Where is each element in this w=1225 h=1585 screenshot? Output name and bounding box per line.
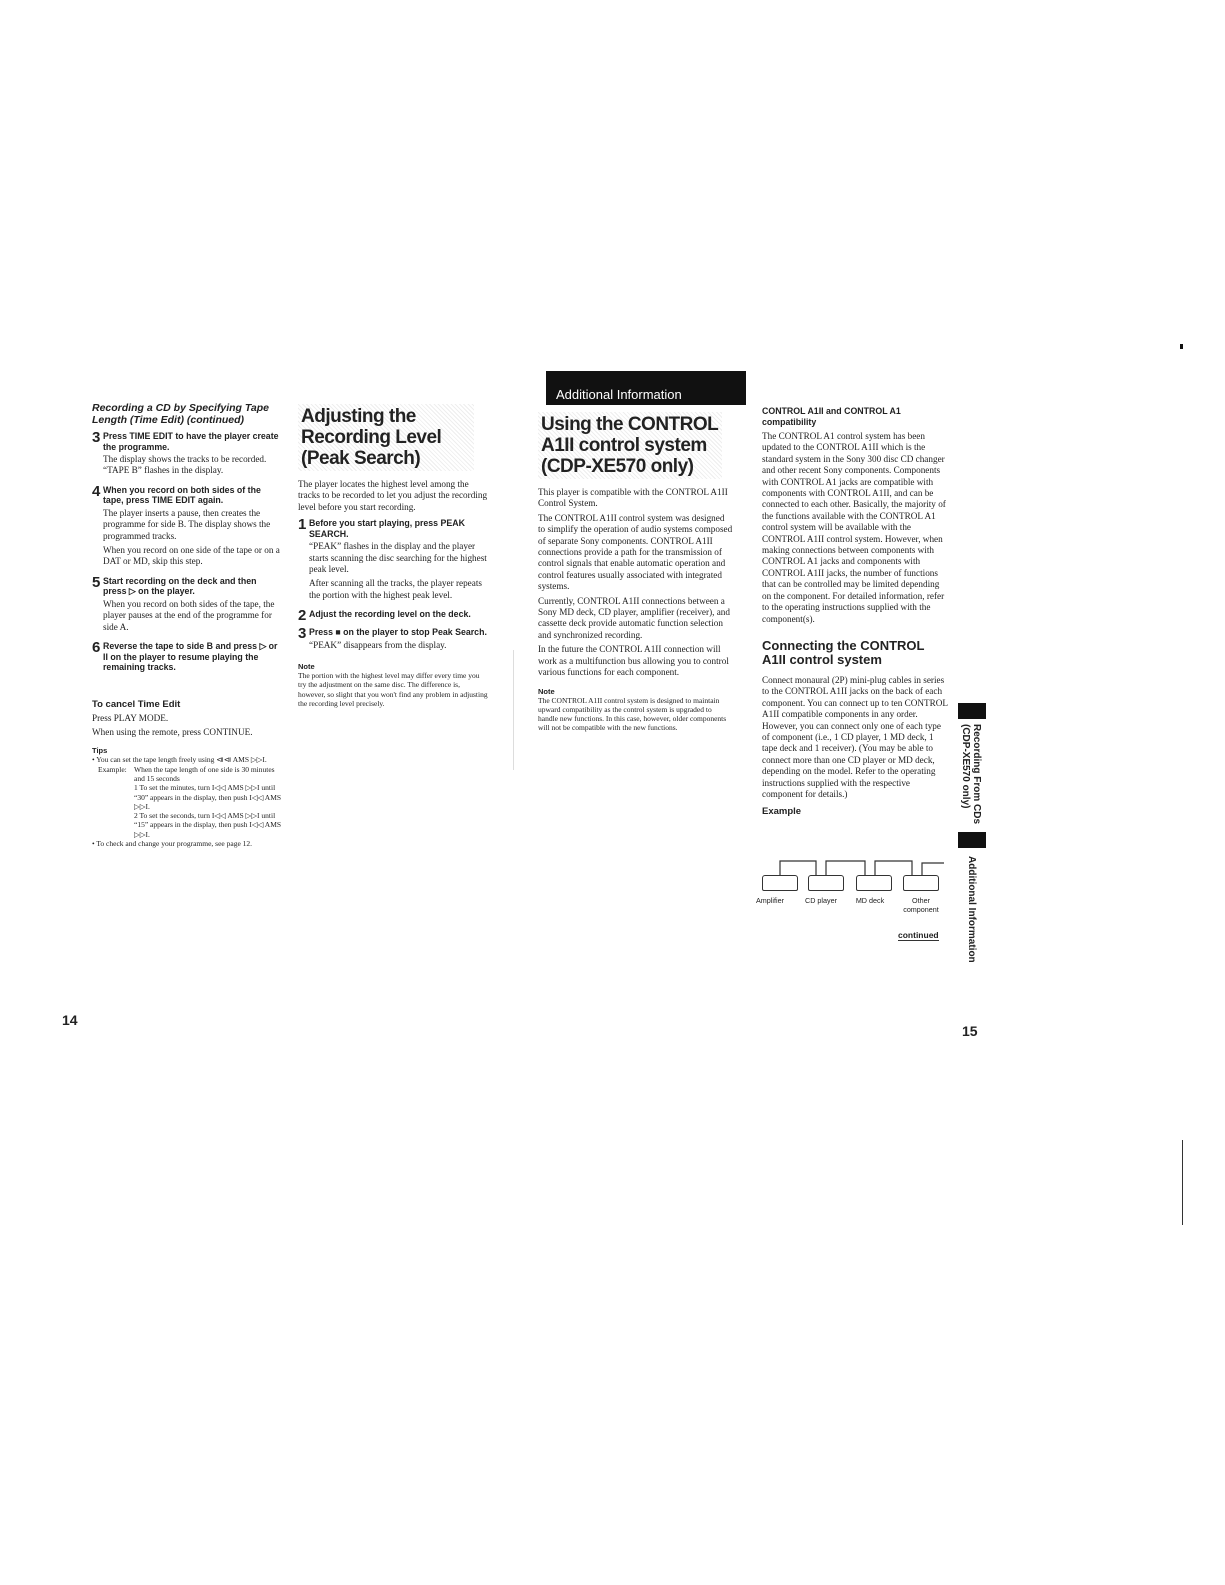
tip-item: • You can set the tape length freely usi… [92,755,282,764]
step-heading: Adjust the recording level on the deck. [309,609,471,622]
right-column-1: Using the CONTROL A1II control system (C… [538,412,733,733]
step-heading: When you record on both sides of the tap… [103,485,282,506]
step-2: 2 Adjust the recording level on the deck… [298,609,488,622]
left-column-2: Adjusting the Recording Level (Peak Sear… [298,404,488,708]
page-number-right: 15 [962,1023,978,1039]
side-tab-recording: Recording From CDs (CDP-XE570 only) [960,724,982,844]
intro-text: The player locates the highest level amo… [298,479,488,513]
step-5: 5 Start recording on the deck and then p… [92,576,282,636]
section-title: Recording a CD by Specifying Tape Length… [92,402,282,426]
step-3: 3 Press ■ on the player to stop Peak Sea… [298,627,488,654]
step-heading: Start recording on the deck and then pre… [103,576,282,597]
step-number: 3 [92,431,103,480]
step-text: The display shows the tracks to be recor… [103,454,282,477]
step-number: 6 [92,641,103,673]
step-text: “PEAK” flashes in the display and the pl… [309,541,488,575]
note-text: The CONTROL A1II control system is desig… [538,696,733,733]
page-number-left: 14 [62,1012,78,1028]
step-heading: Press TIME EDIT to have the player creat… [103,431,282,452]
cancel-line: Press PLAY MODE. [92,713,282,724]
step-number: 4 [92,485,103,571]
side-tab-marker [958,703,986,719]
step-number: 3 [298,627,309,654]
continued-label: continued [898,930,939,941]
step-1: 1 Before you start playing, press PEAK S… [298,518,488,604]
compat-text: The CONTROL A1 control system has been u… [762,431,950,625]
section-banner: Additional Information [546,371,746,405]
step-heading: Before you start playing, press PEAK SEA… [309,518,488,539]
step-4: 4 When you record on both sides of the t… [92,485,282,571]
scan-edge-line [1182,1140,1183,1225]
right-column-2: CONTROL A1II and CONTROL A1 compatibilit… [762,406,950,817]
diagram-label: Amplifier [748,896,792,905]
step-text: After scanning all the tracks, the playe… [309,578,488,601]
note-text: The portion with the highest level may d… [298,671,488,708]
left-column-1: Recording a CD by Specifying Tape Length… [92,402,282,848]
compat-heading: CONTROL A1II and CONTROL A1 compatibilit… [762,406,950,428]
note-heading: Note [298,662,488,671]
step-3: 3 Press TIME EDIT to have the player cre… [92,431,282,480]
md-deck-device-icon [856,875,892,891]
step-heading: Reverse the tape to side B and press ▷ o… [103,641,282,673]
connection-diagram: Amplifier CD player MD deck Other compon… [748,855,948,915]
diagram-label: CD player [798,896,844,905]
paragraph: In the future the CONTROL A1II connectio… [538,644,733,678]
connect-heading: Connecting the CONTROL A1II control syst… [762,639,950,667]
step-number: 5 [92,576,103,636]
tip-item: • To check and change your programme, se… [92,839,282,848]
paragraph: This player is compatible with the CONTR… [538,487,733,510]
section-banner-label: Additional Information [556,387,682,403]
diagram-label: Other component [898,896,944,914]
step-heading: Press ■ on the player to stop Peak Searc… [309,627,487,638]
tip-example: Example: When the tape length of one sid… [98,765,282,784]
note-heading: Note [538,687,733,696]
gutter-line [513,650,514,770]
tip-example-step: 2 To set the seconds, turn I◁◁ AMS ▷▷I u… [134,811,282,839]
step-number: 2 [298,609,309,622]
step-text: When you record on one side of the tape … [103,545,282,568]
diagram-label: MD deck [848,896,892,905]
cancel-line: When using the remote, press CONTINUE. [92,727,282,738]
step-text: When you record on both sides of the tap… [103,599,282,633]
other-component-device-icon [903,875,939,891]
step-6: 6 Reverse the tape to side B and press ▷… [92,641,282,673]
amplifier-device-icon [762,875,798,891]
cd-player-device-icon [808,875,844,891]
paragraph: The CONTROL A1II control system was desi… [538,513,733,593]
page-title: Using the CONTROL A1II control system (C… [538,412,722,479]
page-title: Adjusting the Recording Level (Peak Sear… [298,404,474,471]
step-number: 1 [298,518,309,604]
tips-heading: Tips [92,746,282,755]
step-text: The player inserts a pause, then creates… [103,508,282,542]
tip-example-step: 1 To set the minutes, turn I◁◁ AMS ▷▷I u… [134,783,282,811]
side-tab-additional-info: Additional Information [966,856,977,1016]
connect-text: Connect monaural (2P) mini-plug cables i… [762,675,950,800]
scan-mark [1180,344,1183,349]
cancel-heading: To cancel Time Edit [92,699,282,710]
example-heading: Example [762,806,950,817]
step-text: “PEAK” disappears from the display. [309,640,487,651]
paragraph: Currently, CONTROL A1II connections betw… [538,596,733,642]
side-tab-marker [958,832,986,848]
